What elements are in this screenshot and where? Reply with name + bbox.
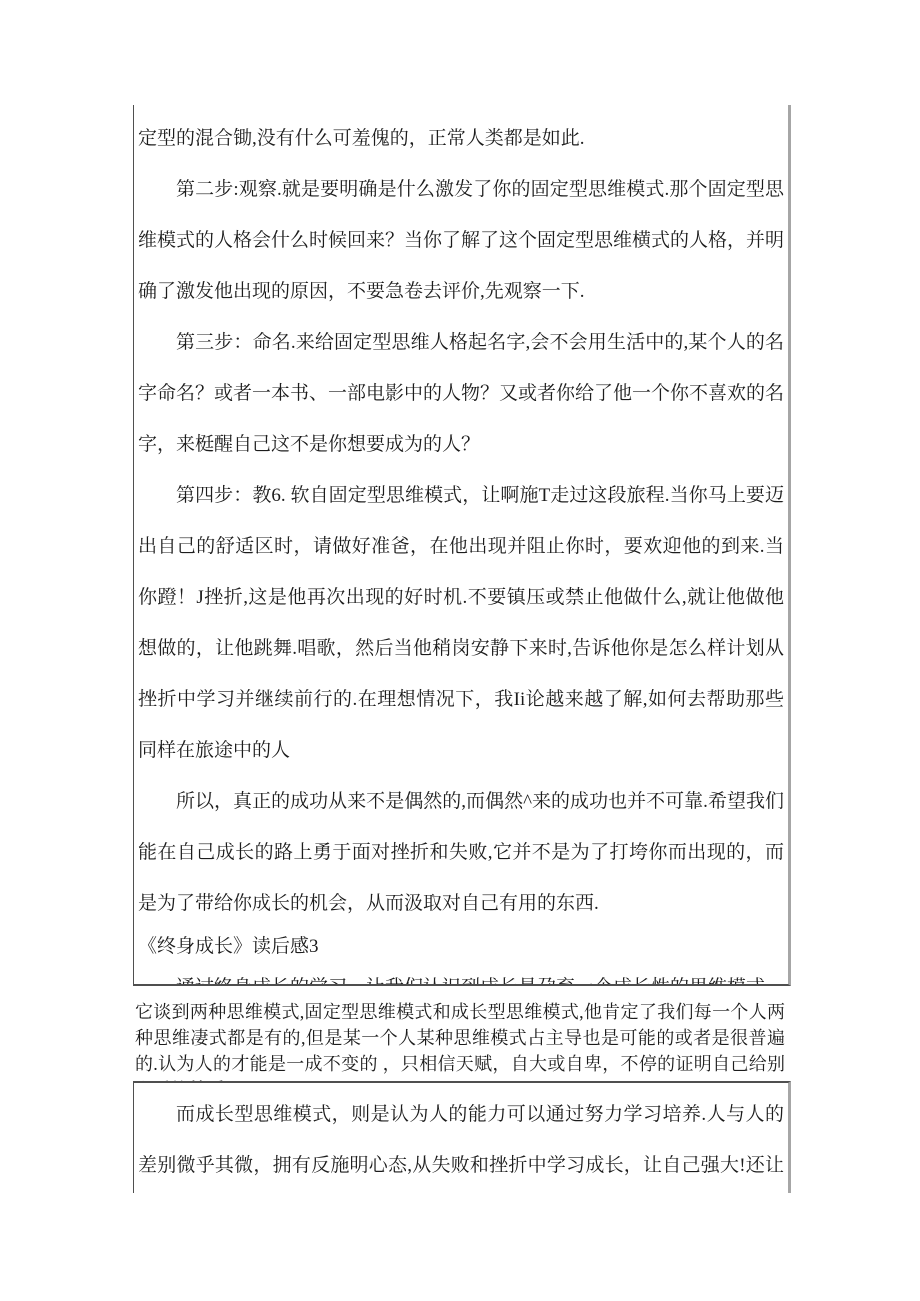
paragraph-step-two: 第二步:观察.就是要明确是什么激发了你的固定型思维模式.那个固定型思维模式的人格… — [138, 164, 784, 317]
paragraph-continuation: 定型的混合锄,没有什么可羞傀的，正常人类都是如此. — [138, 113, 784, 164]
paragraph-growth-mindset: 而成长型思维模式，则是认为人的能力可以通过努力学习培养.人与人的差别微乎其微，拥… — [138, 1089, 784, 1193]
bordered-text-box-top: 定型的混合锄,没有什么可羞傀的，正常人类都是如此. 第二步:观察.就是要明确是什… — [133, 105, 791, 986]
paragraph-step-four: 第四步：教6. 软自固定型思维模式，让啊施T走过这段旅程.当你马上要迈出自己的舒… — [138, 470, 784, 776]
document-page: 定型的混合锄,没有什么可羞傀的，正常人类都是如此. 第二步:观察.就是要明确是什… — [0, 0, 920, 1301]
paragraph-step-three: 第三步：命名.来给固定型思维人格起名字,会不会用生活中的,某个人的名字命名？或者… — [138, 317, 784, 470]
paragraph-review3-intro: 通过终身成长的学习，让我们认识到成长是孕育一个成长性的思维模式，而这种思维模式的… — [138, 965, 784, 986]
paragraph-conclusion: 所以，真正的成功从来不是偶然的,而偶然^来的成功也并不可靠.希望我们能在自己成长… — [138, 776, 784, 929]
bordered-text-box-bottom: 而成长型思维模式，则是认为人的能力可以通过努力学习培养.人与人的差别微乎其微，拥… — [133, 1081, 791, 1193]
section-heading: 《终身成长》读后感3 — [138, 929, 784, 965]
